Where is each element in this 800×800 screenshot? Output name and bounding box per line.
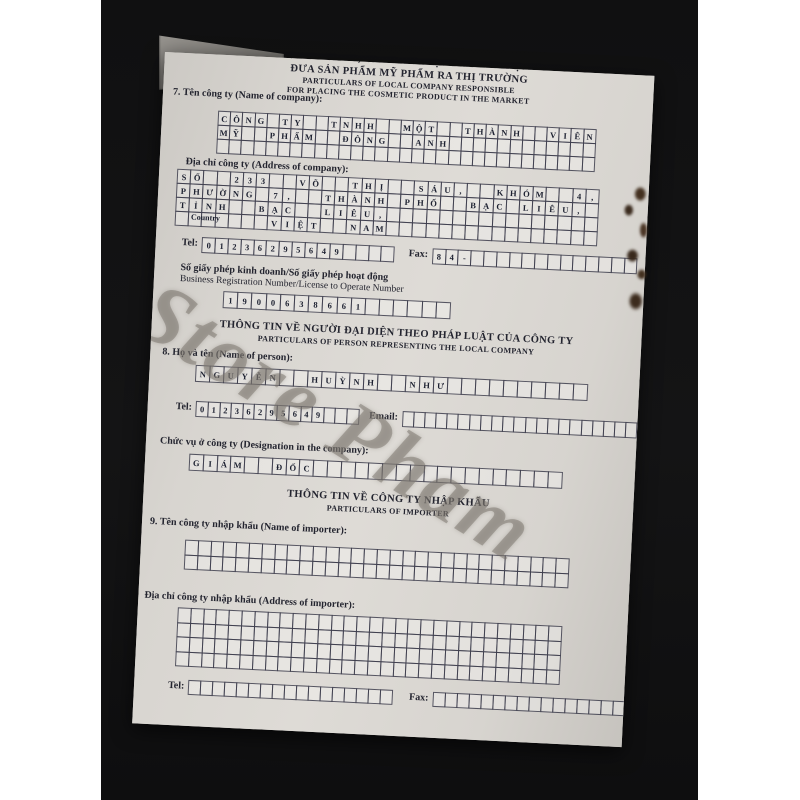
importer-fax-grid: [432, 692, 626, 716]
grid-row: [188, 680, 393, 705]
grid-row: [401, 411, 637, 439]
grid-row: GIÁMĐỐC: [189, 454, 563, 489]
importer-fax-label: Fax:: [409, 691, 429, 706]
company-tel-grid: 01236295649: [202, 237, 396, 262]
grid-cell: [546, 669, 561, 685]
grid-cell: [583, 231, 598, 247]
grid-cell: [554, 572, 569, 588]
grid-cell: [346, 408, 359, 425]
grid-cell: [612, 701, 626, 717]
grid-cell: [380, 689, 394, 705]
designation-grid: GIÁMĐỐC: [189, 454, 563, 489]
grid-row: 84-: [432, 248, 638, 274]
grid-row: [432, 692, 626, 716]
grid-cell: [581, 156, 595, 172]
license-number-grid: 1900638661: [223, 291, 452, 319]
importer-address-label: Địa chỉ công ty nhập khẩu (Address of im…: [144, 590, 355, 611]
grid-row: NGUYỄNHUỲNHNHƯ: [195, 365, 588, 401]
grid-cell: [625, 422, 638, 439]
photo-frame: VỀ TỔ CHỨC, CÁ NHÂN CHỊU TRÁCH NHIỆM ĐƯA…: [101, 0, 698, 800]
person-name-grid: NGUYỄNHUỲNHNHƯ: [195, 365, 588, 401]
company-fax-label: Fax:: [408, 247, 428, 262]
grid-cell: [572, 383, 588, 401]
form-header: VỀ TỔ CHỨC, CÁ NHÂN CHỊU TRÁCH NHIỆM ĐƯA…: [163, 52, 654, 113]
person-tel-email-row: Tel: 01236295649 Email:: [175, 400, 638, 439]
person-name-label: 8. Họ và tên (Name of person):: [162, 346, 293, 363]
importer-name-label: 9. Tên công ty nhập khẩu (Name of import…: [150, 516, 348, 537]
person-tel-label: Tel:: [175, 400, 192, 415]
company-address-grid: Country SỐ233VÕTHỊSÁU,KHÓM4,PHƯỜNG7,THÀN…: [175, 170, 600, 247]
grid-row: 1900638661: [223, 291, 452, 319]
grid-row: 01236295649: [196, 401, 360, 425]
grid-row: 01236295649: [202, 237, 396, 262]
grid-cell: [380, 246, 395, 263]
importer-tel-grid: [188, 680, 393, 705]
importer-tel-label: Tel:: [168, 679, 185, 694]
person-email-grid: [401, 411, 637, 439]
grid-cell: [435, 302, 451, 320]
importer-name-grid: [184, 540, 570, 589]
person-tel-grid: 01236295649: [196, 401, 360, 425]
importer-address-grid: [175, 607, 562, 685]
company-fax-grid: 84-: [432, 248, 638, 274]
person-email-label: Email:: [369, 409, 399, 424]
country-label: Country: [191, 212, 220, 222]
grid-cell: [547, 471, 563, 489]
company-tel-label: Tel:: [181, 236, 198, 251]
form-paper: VỀ TỔ CHỨC, CÁ NHÂN CHỊU TRÁCH NHIỆM ĐƯA…: [132, 52, 654, 747]
debris-smudge: [615, 186, 661, 320]
